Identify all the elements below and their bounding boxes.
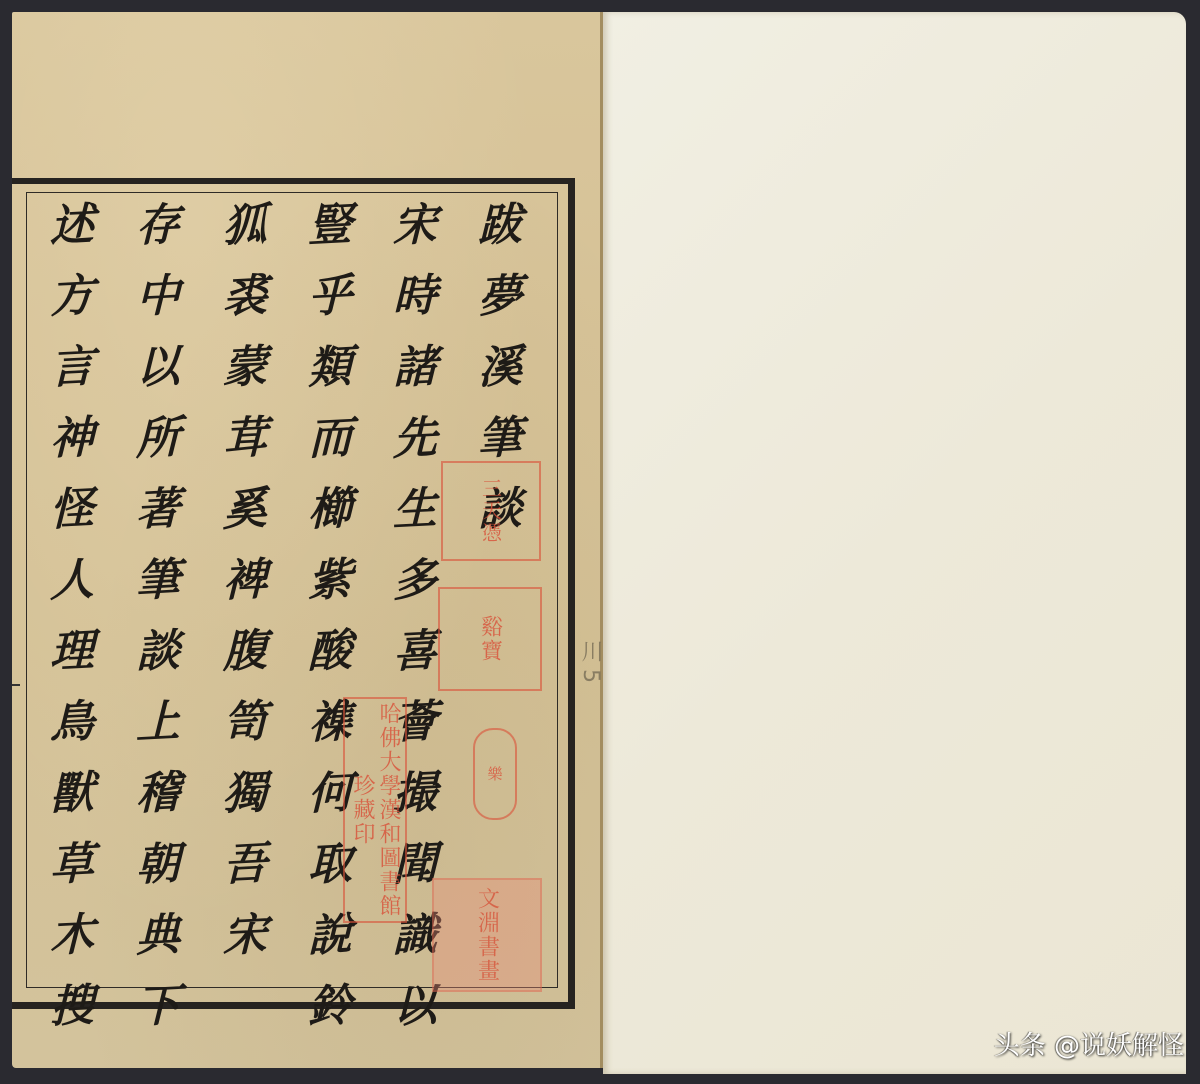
character: 搜 [50,970,94,1043]
character: 述 [50,189,94,262]
character: 紫 [308,544,352,617]
character: 朝 [136,828,180,901]
character: 奚 [223,473,267,546]
character: 蒙 [223,331,267,404]
character: 典 [136,899,180,972]
character: 中 [136,260,180,333]
red-seal-square-2: 谿寶 [438,587,542,691]
red-seal-gourd: 樂 [473,728,517,820]
seal-text: 文淵書畫 [472,887,503,983]
margin-tick-mark [12,684,20,686]
character: 談 [136,615,180,688]
character: 裨 [223,544,267,617]
character: 獨 [223,757,267,830]
text-column-6: 述方言神怪人理鳥獸草木搜 [42,190,102,1042]
character: 狐 [223,189,267,262]
character: 木 [50,899,94,972]
red-seal-square-1: 三天憑 [441,461,541,561]
character: 茸 [223,402,267,475]
character: 生 [393,473,437,546]
character: 先 [393,402,437,475]
character: 乎 [308,260,352,333]
text-column-5: 存中以所著筆談上稽朝典下 [128,190,188,1042]
character: 宋 [393,189,437,262]
character: 著 [136,473,180,546]
character: 以 [393,970,437,1043]
character: 喜 [393,615,437,688]
character: 人 [50,544,94,617]
character: 溪 [478,331,522,404]
character: 神 [50,402,94,475]
character: 獸 [50,757,94,830]
character: 稽 [136,757,180,830]
text-column-4: 狐裘蒙茸奚裨腹笥獨吾宋 [215,190,275,971]
character: 笥 [223,686,267,759]
red-seal-filled-square: 文淵書畫 [432,878,542,992]
character: 怪 [50,473,94,546]
character: 酸 [308,615,352,688]
character: 諸 [393,331,437,404]
character: 豎 [308,189,352,262]
character: 櫛 [308,473,352,546]
seal-text: 樂 [485,766,506,783]
character: 草 [50,828,94,901]
harvard-yenching-library-seal: 哈佛大學漢和圖書館珍藏印 [343,697,407,923]
right-page-blank [603,12,1186,1074]
character: 裘 [223,260,267,333]
character: 理 [50,615,94,688]
character: 存 [136,189,180,262]
character: 多 [393,544,437,617]
character: 下 [136,970,180,1043]
character: 鈴 [308,970,352,1043]
character: 所 [136,402,180,475]
character: 鳥 [50,686,94,759]
pencil-margin-note: 川 5 [575,640,606,683]
character: 筆 [136,544,180,617]
character: 時 [393,260,437,333]
character: 腹 [223,615,267,688]
character: 跋 [478,189,522,262]
toutiao-watermark: 头条 @说妖解怪 [994,1025,1184,1062]
character: 類 [308,331,352,404]
character: 上 [136,686,180,759]
character: 以 [136,331,180,404]
character: 方 [50,260,94,333]
character: 而 [308,402,352,475]
seal-text: 哈佛大學漢和圖書館珍藏印 [349,699,401,921]
seal-text: 谿寶 [475,615,506,663]
character: 夢 [478,260,522,333]
character: 吾 [223,828,267,901]
character: 宋 [223,899,267,972]
character: 言 [50,331,94,404]
seal-text: 三天憑 [477,478,506,544]
